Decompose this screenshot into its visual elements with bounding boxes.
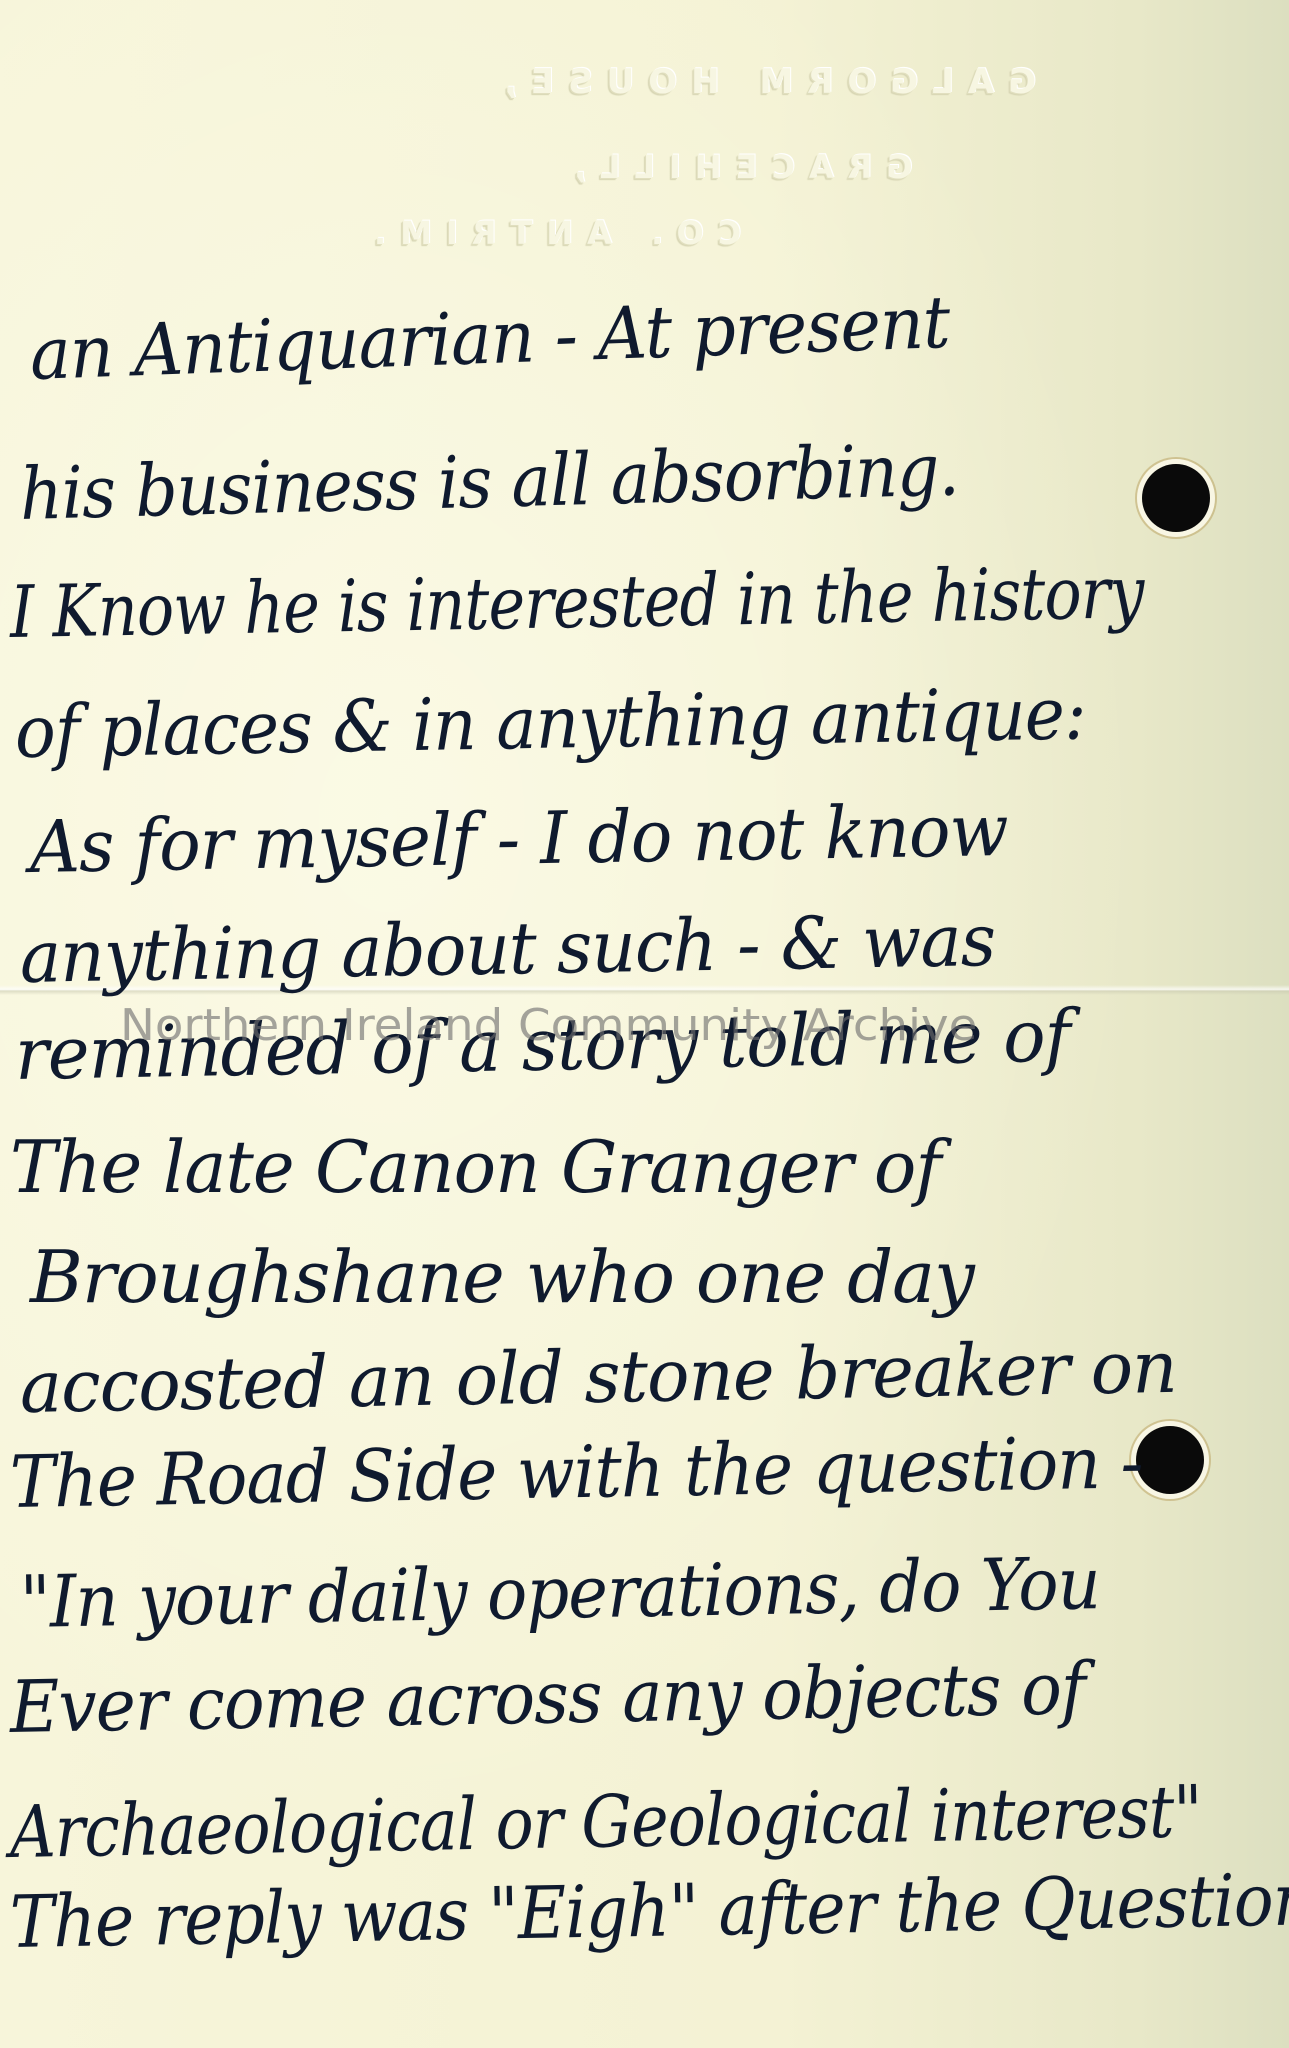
letterhead-line-county: CO. ANTRIM.: [360, 214, 741, 252]
handwritten-line: Broughshane who one day: [30, 1235, 974, 1319]
handwritten-line: The late Canon Granger of: [10, 1125, 941, 1209]
handwritten-line: accosted an old stone breaker on: [19, 1325, 1177, 1429]
handwritten-line: Archaeological or Geological interest": [9, 1769, 1202, 1874]
handwritten-line: The Road Side with the question -: [9, 1420, 1143, 1524]
handwritten-line: his business is all absorbing.: [19, 427, 960, 536]
handwritten-line: Ever come across any objects of: [9, 1646, 1085, 1749]
letterhead-line-house: GALGORM HOUSE,: [490, 62, 1036, 102]
handwritten-line: As for myself - I do not know: [29, 788, 1008, 889]
punch-hole-icon: [1142, 464, 1210, 532]
handwritten-line: an Antiquarian - At present: [29, 280, 951, 396]
handwritten-line: anything about such - & was: [19, 898, 995, 999]
letter-page: GALGORM HOUSE, GRACEHILL, CO. ANTRIM. an…: [0, 0, 1289, 2048]
archive-watermark: Northern Ireland Community Archive: [120, 1000, 977, 1051]
handwritten-line: of places & in anything antique:: [14, 671, 1086, 774]
handwritten-line: The reply was "Eigh" after the Question: [9, 1857, 1289, 1964]
letterhead-line-town: GRACEHILL,: [560, 148, 913, 186]
embossed-letterhead: GALGORM HOUSE, GRACEHILL, CO. ANTRIM.: [0, 0, 1289, 270]
punch-hole-icon: [1136, 1426, 1204, 1494]
handwritten-line: I Know he is interested in the history: [9, 550, 1144, 654]
handwritten-line: "In your daily operations, do You: [19, 1541, 1100, 1644]
